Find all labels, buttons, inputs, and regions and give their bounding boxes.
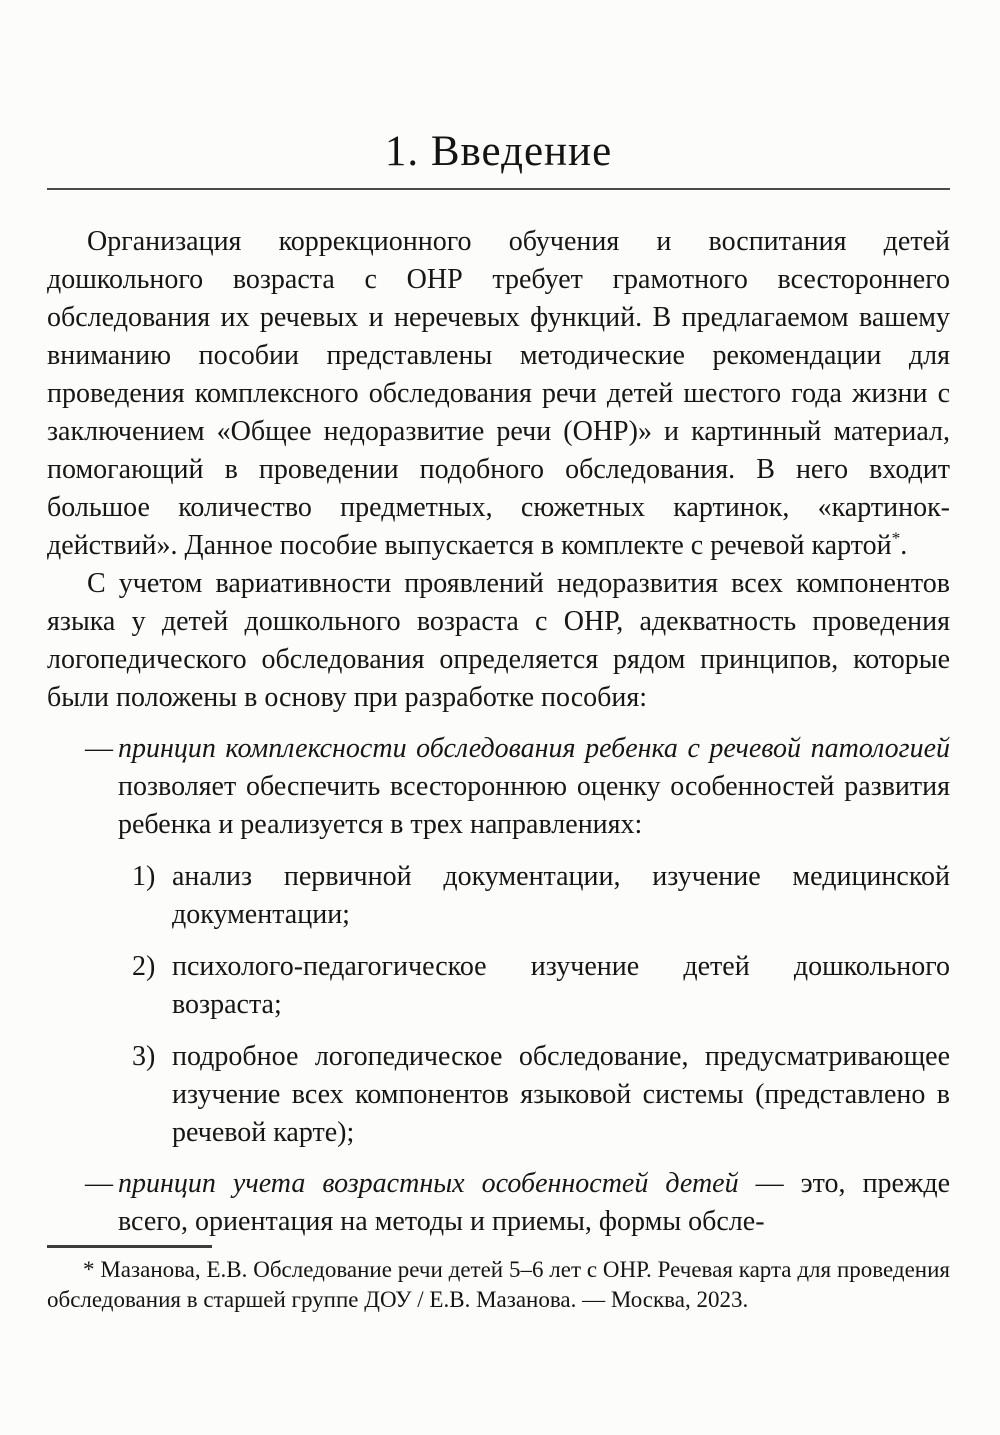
item-text: психолого-педагогическое изучение детей …: [172, 951, 950, 1020]
book-page: 1. Введение Организация коррекционного о…: [0, 0, 1000, 1435]
principle-item-age: — принцип учета возрастных особенностей …: [47, 1165, 950, 1239]
page-title: 1. Введение: [47, 0, 950, 175]
footnote-separator: [47, 1245, 212, 1248]
dash-marker: —: [85, 1165, 113, 1203]
item-number: 2): [132, 948, 155, 986]
principle-text: позволяет обеспечить всестороннюю оценку…: [118, 771, 950, 840]
footnote-reference-marker: *: [892, 529, 901, 548]
paragraph-tail: .: [900, 530, 907, 561]
intro-paragraph-1: Организация коррекционного обучения и во…: [47, 223, 950, 565]
item-number: 3): [132, 1038, 155, 1076]
numbered-item-3: 3) подробное логопедическое обследование…: [47, 1038, 950, 1152]
paragraph-text: Организация коррекционного обучения и во…: [47, 226, 950, 561]
intro-paragraph-2: С учетом вариативности проявлений недора…: [47, 565, 950, 717]
numbered-item-2: 2) психолого-педагогическое изучение дет…: [47, 948, 950, 1024]
principle-item-complexity: — принцип комплексности обследования реб…: [47, 730, 950, 844]
numbered-item-1: 1) анализ первичной документации, изучен…: [47, 858, 950, 934]
title-rule: [47, 188, 950, 190]
item-number: 1): [132, 858, 155, 896]
footnote-area: * Мазанова, Е.В. Обследование речи детей…: [47, 1245, 950, 1315]
principle-lead-italic: принцип учета возрастных особенностей де…: [118, 1168, 739, 1199]
footnote-marker: *: [83, 1257, 95, 1282]
page-content: Организация коррекционного обучения и во…: [47, 223, 950, 1239]
footnote: * Мазанова, Е.В. Обследование речи детей…: [47, 1255, 950, 1315]
item-text: анализ первичной документации, изучение …: [172, 861, 950, 930]
footnote-text: Мазанова, Е.В. Обследование речи детей 5…: [47, 1257, 950, 1312]
item-text: подробное логопедическое обследование, п…: [172, 1041, 950, 1148]
principle-lead-italic: принцип комплексности обследования ребен…: [118, 733, 950, 764]
dash-marker: —: [85, 730, 113, 768]
